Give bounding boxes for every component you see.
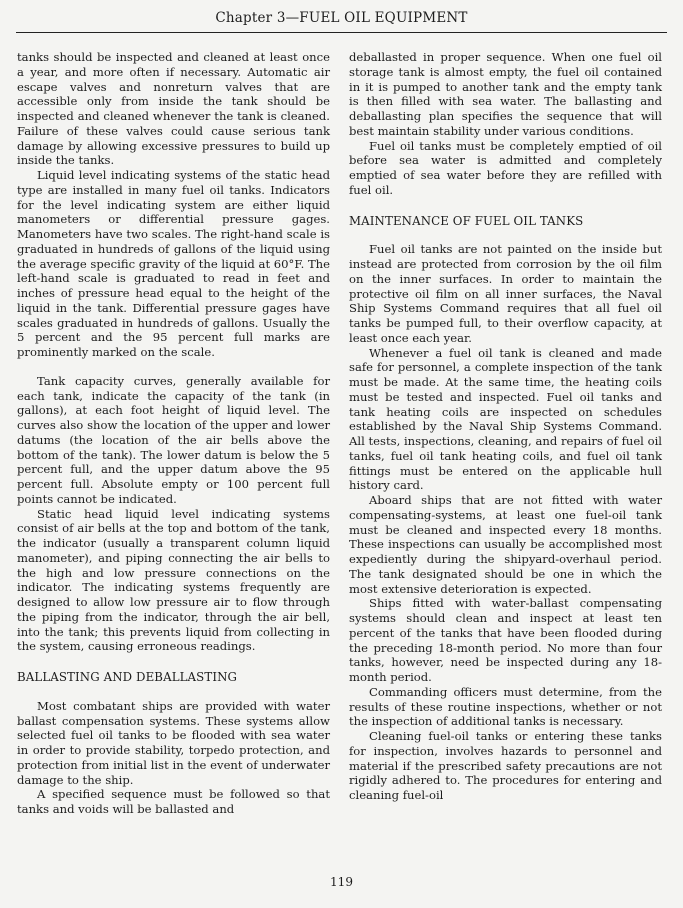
paragraph: Aboard ships that are not fitted with wa…	[349, 493, 662, 596]
paragraph: Static head liquid level indicating syst…	[17, 507, 330, 655]
paragraph: Fuel oil tanks are not painted on the in…	[349, 242, 662, 345]
left-column: tanks should be inspected and cleaned at…	[17, 50, 330, 817]
running-header: Chapter 3—FUEL OIL EQUIPMENT	[16, 10, 667, 33]
paragraph: Commanding officers must determine, from…	[349, 685, 662, 729]
paragraph: Cleaning fuel-oil tanks or entering thes…	[349, 729, 662, 803]
paragraph: Liquid level indicating systems of the s…	[17, 168, 330, 360]
paragraph: Tank capacity curves, generally availabl…	[17, 374, 330, 507]
paragraph: deballasted in proper sequence. When one…	[349, 50, 662, 139]
section-heading-ballasting: BALLASTING AND DEBALLASTING	[17, 670, 330, 685]
right-column: deballasted in proper sequence. When one…	[349, 50, 662, 803]
paragraph: Ships fitted with water-ballast compensa…	[349, 596, 662, 685]
section-heading-maintenance: MAINTENANCE OF FUEL OIL TANKS	[349, 214, 662, 229]
paragraph: Whenever a fuel oil tank is cleaned and …	[349, 346, 662, 494]
paragraph: Fuel oil tanks must be completely emptie…	[349, 139, 662, 198]
paragraph: Most combatant ships are provided with w…	[17, 699, 330, 788]
page-number: 119	[0, 875, 683, 889]
paragraph: tanks should be inspected and cleaned at…	[17, 50, 330, 168]
paragraph: A specified sequence must be followed so…	[17, 787, 330, 817]
